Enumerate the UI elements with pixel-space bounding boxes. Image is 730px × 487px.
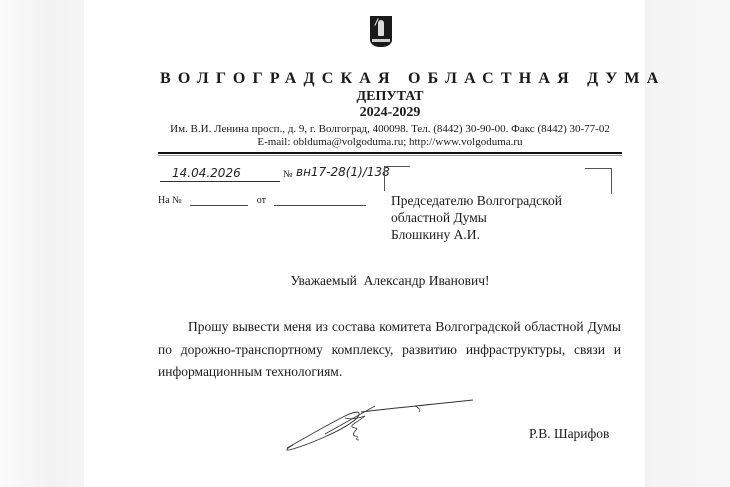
- scan-margin-left: [0, 0, 84, 487]
- reply-to-label: На №: [158, 195, 182, 206]
- reply-to-number-blank: [190, 196, 248, 206]
- from-label: от: [257, 195, 266, 206]
- addressee-line: Блошкину А.И.: [391, 226, 562, 243]
- letter-body-text: Прошу вывести меня из состава комитета В…: [158, 319, 621, 379]
- addressee-line: областной Думы: [391, 209, 562, 226]
- term-years: 2024-2029: [150, 105, 630, 121]
- statue-detail: [378, 20, 384, 36]
- signer-name: Р.В. Шарифов: [529, 426, 609, 442]
- organization-name: ВОЛГОГРАДСКАЯ ОБЛАСТНАЯ ДУМА: [160, 70, 620, 88]
- outgoing-number: вн17-28(1)/138: [296, 165, 390, 179]
- letterhead-divider-thin: [158, 155, 622, 156]
- outgoing-date: 14.04.2026: [160, 166, 280, 182]
- contact-line: E-mail: oblduma@volgoduma.ru; http://www…: [150, 136, 630, 148]
- letter-body: Прошу вывести меня из состава комитета В…: [158, 316, 621, 384]
- emblem-band: [372, 39, 390, 42]
- salutation: Уважаемый Александр Иванович!: [150, 273, 630, 289]
- from-date-blank: [274, 196, 366, 206]
- outgoing-number-label: №: [283, 169, 293, 180]
- handwritten-signature-icon: [285, 398, 515, 459]
- address-block-corner-right: [585, 168, 612, 194]
- address-block-corner-left: [384, 166, 410, 191]
- reply-reference-line: На № от: [158, 195, 366, 206]
- letterhead-divider: [158, 152, 622, 154]
- addressee-block: Председателю Волгоградской областной Дум…: [391, 192, 562, 243]
- position-title: ДЕПУТАТ: [150, 89, 630, 105]
- addressee-line: Председателю Волгоградской: [391, 192, 562, 209]
- postal-address: Им. В.И. Ленина просп., д. 9, г. Волгогр…: [150, 123, 630, 135]
- coat-of-arms-icon: [370, 16, 392, 47]
